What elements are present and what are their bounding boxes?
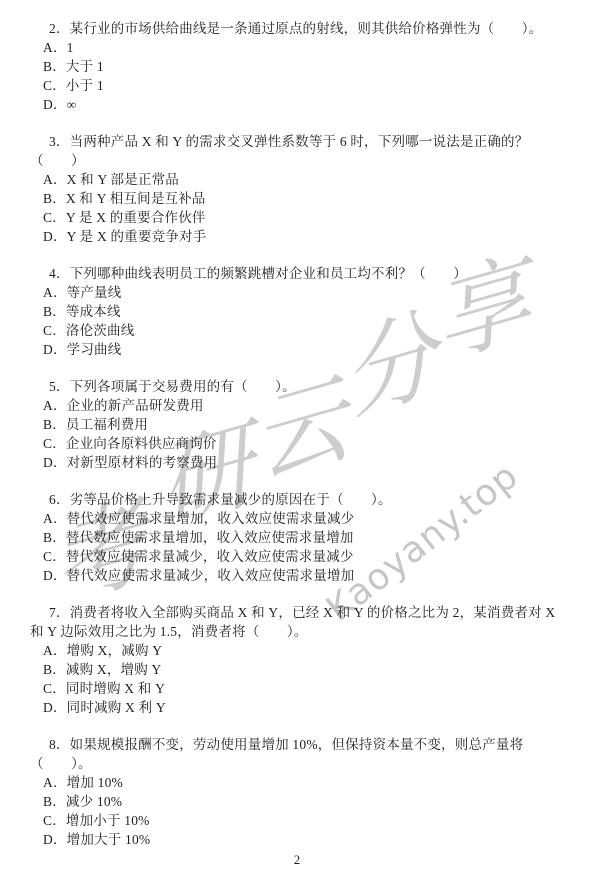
option-line-c: C．小于 1 — [30, 76, 566, 95]
question-block-4: 4．下列哪种曲线表明员工的频繁跳槽对企业和员工均不利？（ ） A．等产量线 B．… — [30, 264, 566, 359]
option-line-d: D．替代效应使需求量减少，收入效应使需求量增加 — [30, 566, 566, 585]
page-number: 2 — [0, 852, 594, 868]
question-text: 7．消费者将收入全部购买商品 X 和 Y，已经 X 和 Y 的价格之比为 2，某… — [30, 603, 566, 641]
option-line-c: C．企业向各原料供应商询价 — [30, 434, 566, 453]
question-text: 6．劣等品价格上升导致需求量减少的原因在于（ ）。 — [30, 490, 566, 509]
question-text: 5．下列各项属于交易费用的有（ ）。 — [30, 377, 566, 396]
question-text: 4．下列哪种曲线表明员工的频繁跳槽对企业和员工均不利？（ ） — [30, 264, 566, 283]
exam-page: 考 研 云 分 享 Kaoyany.top 2．某行业的市场供给曲线是一条通过原… — [0, 0, 594, 884]
question-block-8: 8．如果规模报酬不变，劳动使用量增加 10%，但保持资本量不变，则总产量将（ ）… — [30, 735, 566, 849]
option-line-a: A．1 — [30, 38, 566, 57]
option-line-d: D．学习曲线 — [30, 340, 566, 359]
option-line-a: A．X 和 Y 部是正常品 — [30, 170, 566, 189]
option-line-d: D．∞ — [30, 95, 566, 114]
option-line-d: D．对新型原材料的考察费用 — [30, 453, 566, 472]
option-line-b: B．大于 1 — [30, 57, 566, 76]
option-line-b: B．替代数应使需求量增加，收入效应使需求量增加 — [30, 528, 566, 547]
question-block-5: 5．下列各项属于交易费用的有（ ）。 A．企业的新产品研发费用 B．员工福利费用… — [30, 377, 566, 472]
option-line-c: C．替代效应使需求量减少，收入效应使需求量减少 — [30, 547, 566, 566]
option-line-c: C．洛伦茨曲线 — [30, 321, 566, 340]
option-line-a: A．企业的新产品研发费用 — [30, 396, 566, 415]
question-block-3: 3．当两种产品 X 和 Y 的需求交叉弹性系数等于 6 时，下列哪一说法是正确的… — [30, 132, 566, 246]
option-line-d: D．增加大于 10% — [30, 830, 566, 849]
question-text: 3．当两种产品 X 和 Y 的需求交叉弹性系数等于 6 时，下列哪一说法是正确的… — [30, 132, 566, 170]
option-line-b: B．减购 X，增购 Y — [30, 660, 566, 679]
option-line-d: D．同时减购 X 利 Y — [30, 698, 566, 717]
question-block-6: 6．劣等品价格上升导致需求量减少的原因在于（ ）。 A．替代效应使需求量增加，收… — [30, 490, 566, 585]
option-line-b: B．减少 10% — [30, 792, 566, 811]
option-line-d: D．Y 是 X 的重要竞争对手 — [30, 227, 566, 246]
option-line-a: A．增购 X，减购 Y — [30, 641, 566, 660]
option-line-c: C．增加小于 10% — [30, 811, 566, 830]
question-text: 8．如果规模报酬不变，劳动使用量增加 10%，但保持资本量不变，则总产量将（ ）… — [30, 735, 566, 773]
question-list: 2．某行业的市场供给曲线是一条通过原点的射线，则其供给价格弹性为（ ）。 A．1… — [0, 0, 594, 849]
option-line-a: A．等产量线 — [30, 283, 566, 302]
question-text: 2．某行业的市场供给曲线是一条通过原点的射线，则其供给价格弹性为（ ）。 — [30, 19, 566, 38]
option-line-b: B．员工福利费用 — [30, 415, 566, 434]
question-block-7: 7．消费者将收入全部购买商品 X 和 Y，已经 X 和 Y 的价格之比为 2，某… — [30, 603, 566, 717]
option-line-a: A．替代效应使需求量增加，收入效应使需求量减少 — [30, 509, 566, 528]
option-line-c: C．同时增购 X 和 Y — [30, 679, 566, 698]
option-line-a: A．增加 10% — [30, 773, 566, 792]
question-block-2: 2．某行业的市场供给曲线是一条通过原点的射线，则其供给价格弹性为（ ）。 A．1… — [30, 19, 566, 114]
option-line-b: B．等成本线 — [30, 302, 566, 321]
option-line-b: B．X 和 Y 相互间是互补品 — [30, 189, 566, 208]
option-line-c: C．Y 是 X 的重要合作伙伴 — [30, 208, 566, 227]
